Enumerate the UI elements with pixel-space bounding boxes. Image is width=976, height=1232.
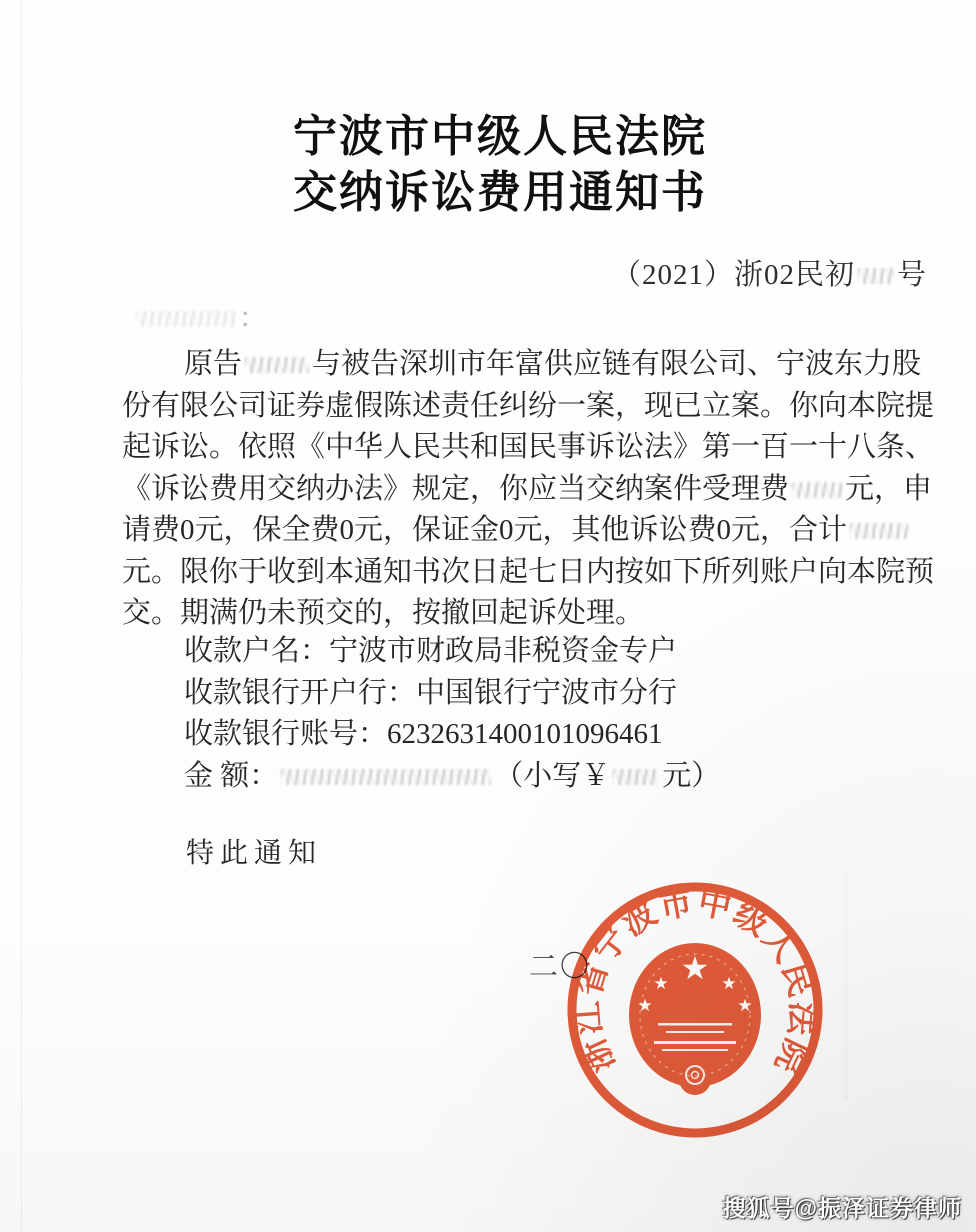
text-line: 收款户名：宁波市财政局非税资金专户 — [184, 631, 912, 673]
text-line: ： — [133, 296, 266, 335]
text-segment: 《诉讼费用交纳办法》规定，你应当交纳案件受理费 — [122, 473, 789, 505]
redacted-smudge — [136, 311, 236, 327]
text-segment: 请费0元，保全费0元，保证金0元，其他诉讼费0元，合计 — [122, 514, 847, 546]
text-segment: 元，申 — [845, 473, 932, 505]
text-line: 份有限公司证券虚假陈述责任纠纷一案，现已立案。你向本院提 — [122, 386, 912, 428]
text-segment: 收款银行账号：6232631400101096461 — [184, 718, 663, 750]
text-segment: 号 — [897, 259, 927, 291]
text-segment: 元。限你于收到本通知书次日起七日内按如下所列账户向本院预 — [122, 556, 934, 588]
redacted-smudge — [858, 268, 894, 284]
text-line: 原告与被告深圳市年富供应链有限公司、宁波东力股 — [122, 344, 912, 386]
text-segment: ： — [239, 303, 266, 333]
text-line: 《诉讼费用交纳办法》规定，你应当交纳案件受理费元，申 — [122, 469, 912, 511]
text-segment: 收款银行开户行：中国银行宁波市分行 — [184, 677, 677, 709]
official-court-seal: 浙江省宁波市中级人民法院 ★ ★ ★ ★ ★ — [560, 875, 830, 1145]
text-segment: （2021）浙02民初 — [612, 259, 855, 291]
redacted-smudge — [613, 769, 659, 785]
text-line: 起诉讼。依照《中华人民共和国民事诉讼法》第一百一十八条、 — [122, 427, 912, 469]
text-line: 收款银行开户行：中国银行宁波市分行 — [184, 673, 912, 715]
text-line: 元。限你于收到本通知书次日起七日内按如下所列账户向本院预 — [122, 552, 912, 594]
text-line: 交。期满仍未预交的，按撤回起诉处理。 — [122, 593, 912, 635]
text-line: 请费0元，保全费0元，保证金0元，其他诉讼费0元，合计 — [122, 510, 912, 552]
text-line: 金 额：（小写￥元） — [184, 756, 912, 798]
text-segment: 份有限公司证券虚假陈述责任纠纷一案，现已立案。你向本院提 — [122, 390, 934, 422]
notice-body-paragraph: 原告与被告深圳市年富供应链有限公司、宁波东力股份有限公司证券虚假陈述责任纠纷一案… — [122, 344, 912, 635]
national-emblem-icon: ★ ★ ★ ★ ★ — [629, 943, 761, 1095]
payment-details: 收款户名：宁波市财政局非税资金专户收款银行开户行：中国银行宁波市分行收款银行账号… — [122, 631, 912, 797]
court-name-title: 宁波市中级人民法院 — [12, 100, 976, 164]
redacted-smudge — [792, 482, 842, 498]
text-segment: 金 额： — [184, 760, 278, 792]
small-star-icon: ★ — [637, 996, 652, 1015]
case-number: （2021）浙02民初号 — [612, 252, 927, 293]
text-segment: 交。期满仍未预交的，按撤回起诉处理。 — [122, 597, 644, 629]
notice-type-title: 交纳诉讼费用通知书 — [12, 156, 976, 220]
text-segment: 元） — [662, 760, 720, 792]
text-segment: 收款户名：宁波市财政局非税资金专户 — [184, 635, 677, 667]
text-line: （2021）浙02民初号 — [612, 252, 927, 293]
small-star-icon: ★ — [653, 974, 668, 993]
text-segment: 起诉讼。依照《中华人民共和国民事诉讼法》第一百一十八条、 — [122, 431, 934, 463]
text-segment: 与被告深圳市年富供应链有限公司、宁波东力股 — [312, 348, 921, 380]
sohu-account-watermark: 搜狐号@振泽证券律师 — [723, 1190, 962, 1223]
paper-crease — [845, 870, 847, 1100]
redacted-smudge — [281, 769, 491, 785]
redacted-smudge — [850, 523, 908, 539]
closing-phrase: 特此通知 — [186, 831, 322, 871]
small-star-icon: ★ — [737, 996, 752, 1015]
small-star-icon: ★ — [721, 974, 736, 993]
redacted-smudge — [245, 357, 309, 373]
court-notice-document: 宁波市中级人民法院 交纳诉讼费用通知书 （2021）浙02民初号 ： 原告与被告… — [0, 0, 976, 1232]
text-line: 收款银行账号：6232631400101096461 — [184, 714, 912, 756]
text-segment: 原告 — [184, 348, 242, 380]
addressee-redacted-line: ： — [133, 296, 266, 326]
text-segment: （小写￥ — [494, 760, 610, 792]
big-star-icon: ★ — [681, 950, 710, 986]
